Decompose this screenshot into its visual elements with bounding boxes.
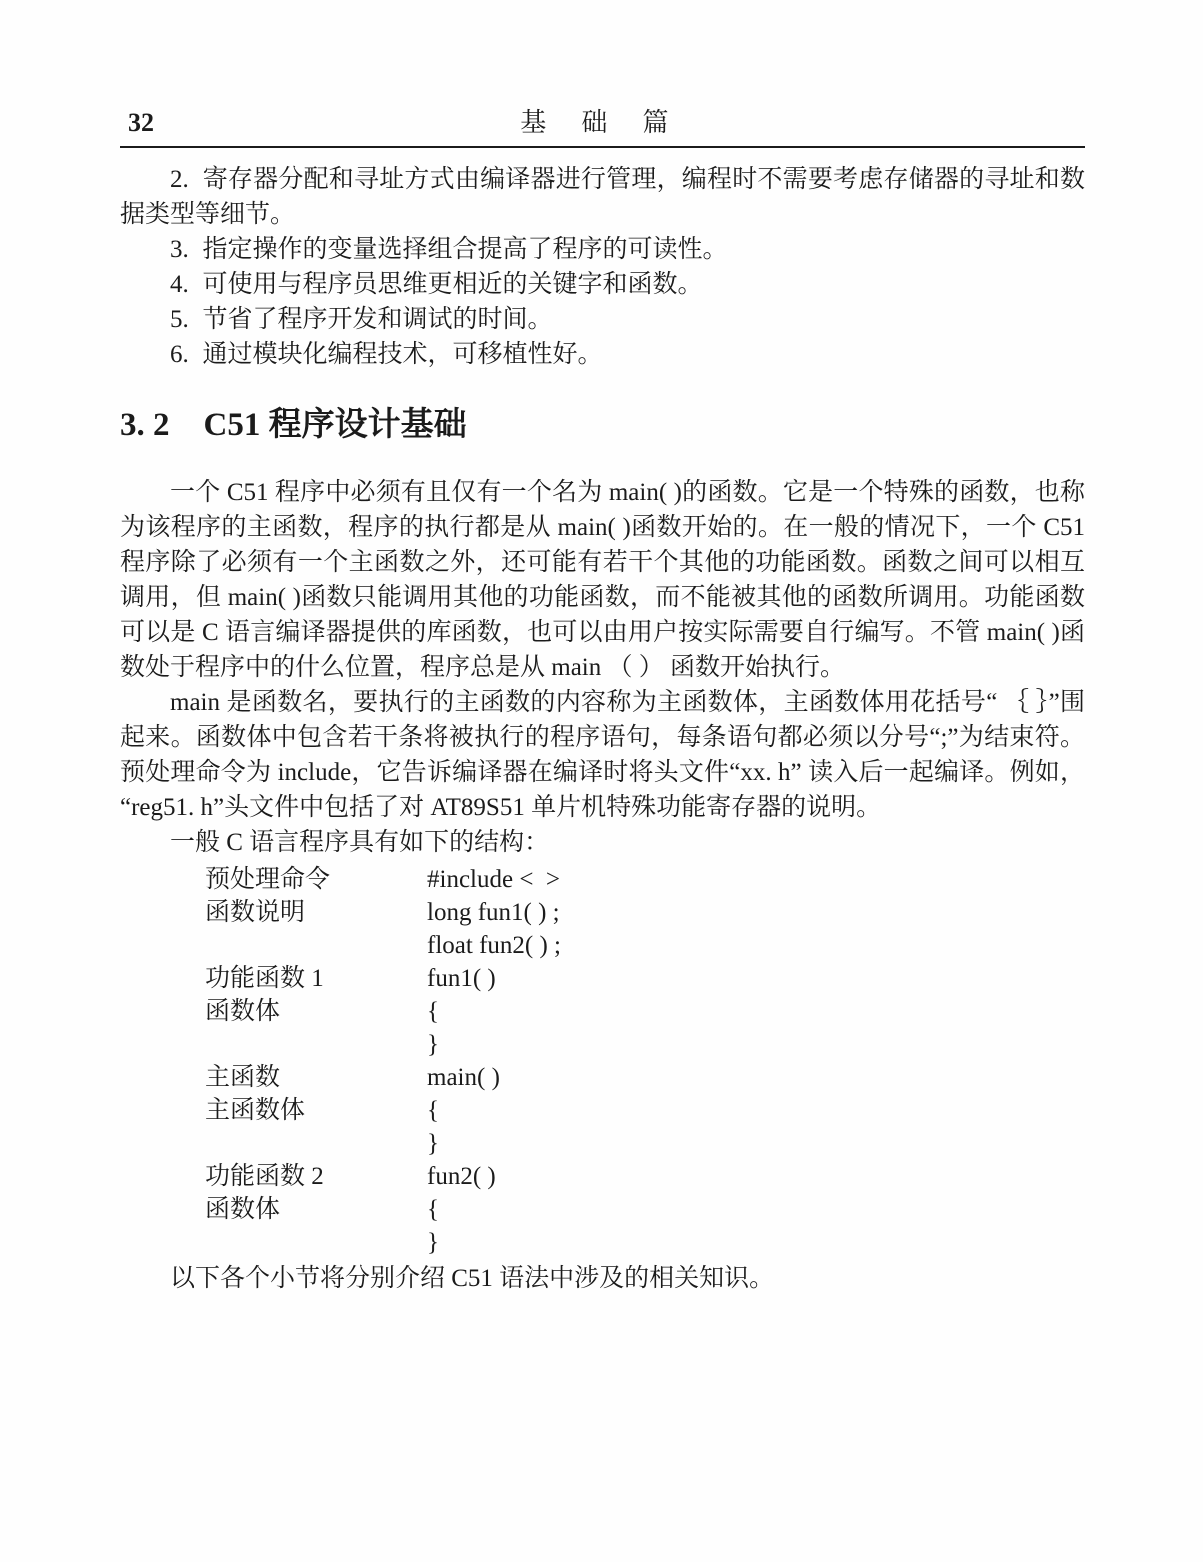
paragraph-main-body: main 是函数名，要执行的主函数的内容称为主函数体，主函数体用花括号“ ｛ ｝… <box>120 685 1085 825</box>
code-text: #include < > <box>427 863 560 896</box>
code-text: fun1( ) <box>427 962 496 995</box>
code-row: 函数体{ <box>205 1193 1085 1226</box>
code-row: 主函数main( ) <box>205 1061 1085 1094</box>
code-row: 功能函数 1fun1( ) <box>205 962 1085 995</box>
code-text: { <box>427 1094 439 1127</box>
list-item-text: 节省了程序开发和调试的时间。 <box>203 306 553 333</box>
code-row: } <box>205 1028 1085 1061</box>
code-row: 功能函数 2fun2( ) <box>205 1160 1085 1193</box>
code-text: { <box>427 1193 439 1226</box>
list-item-2: 2.寄存器分配和寻址方式由编译器进行管理，编程时不需要考虑存储器的寻址和数据类型… <box>120 162 1085 232</box>
list-item-6: 6.通过模块化编程技术，可移植性好。 <box>120 337 1085 372</box>
code-row: 函数体{ <box>205 995 1085 1028</box>
list-item-text: 可使用与程序员思维更相近的关键字和函数。 <box>203 271 703 298</box>
code-row: } <box>205 1226 1085 1259</box>
list-item-number: 6. <box>170 341 189 368</box>
code-row: 函数说明long fun1( ) ; <box>205 896 1085 929</box>
code-label: 功能函数 2 <box>205 1160 427 1193</box>
list-item-5: 5.节省了程序开发和调试的时间。 <box>120 302 1085 337</box>
code-row: 主函数体{ <box>205 1094 1085 1127</box>
list-item-number: 5. <box>170 306 189 333</box>
list-item-number: 4. <box>170 271 189 298</box>
section-heading: 3. 2C51 程序设计基础 <box>120 402 1085 448</box>
code-label: 预处理命令 <box>205 863 427 896</box>
code-label: 主函数体 <box>205 1094 427 1127</box>
code-label <box>205 1127 427 1160</box>
list-item-number: 2. <box>170 166 189 193</box>
code-text: } <box>427 1028 439 1061</box>
code-label <box>205 929 427 962</box>
list-item-text: 寄存器分配和寻址方式由编译器进行管理，编程时不需要考虑存储器的寻址和数据类型等细… <box>120 166 1085 228</box>
code-text: } <box>427 1226 439 1259</box>
code-row: } <box>205 1127 1085 1160</box>
page-header: 32 基 础 篇 <box>0 0 1203 138</box>
code-label: 函数体 <box>205 995 427 1028</box>
code-text: } <box>427 1127 439 1160</box>
list-item-text: 通过模块化编程技术，可移植性好。 <box>203 341 603 368</box>
page-content: 2.寄存器分配和寻址方式由编译器进行管理，编程时不需要考虑存储器的寻址和数据类型… <box>0 148 1203 1296</box>
code-text: fun2( ) <box>427 1160 496 1193</box>
code-text: { <box>427 995 439 1028</box>
running-title: 基 础 篇 <box>520 108 683 138</box>
page-number: 32 <box>128 108 154 137</box>
code-label <box>205 1028 427 1061</box>
book-page: 32 基 础 篇 2.寄存器分配和寻址方式由编译器进行管理，编程时不需要考虑存储… <box>0 0 1203 1562</box>
code-text: long fun1( ) ; <box>427 896 560 929</box>
closing-line: 以下各个小节将分别介绍 C51 语法中涉及的相关知识。 <box>120 1261 1085 1296</box>
list-item-number: 3. <box>170 236 189 263</box>
code-label: 函数体 <box>205 1193 427 1226</box>
code-label: 主函数 <box>205 1061 427 1094</box>
section-title: C51 程序设计基础 <box>204 407 467 443</box>
code-label <box>205 1226 427 1259</box>
code-row: float fun2( ) ; <box>205 929 1085 962</box>
list-item-text: 指定操作的变量选择组合提高了程序的可读性。 <box>203 236 728 263</box>
code-text: main( ) <box>427 1061 500 1094</box>
program-structure-block: 预处理命令#include < > 函数说明long fun1( ) ; flo… <box>205 863 1085 1259</box>
paragraph-main-intro: 一个 C51 程序中必须有且仅有一个名为 main( )的函数。它是一个特殊的函… <box>120 475 1085 685</box>
code-row: 预处理命令#include < > <box>205 863 1085 896</box>
code-label: 函数说明 <box>205 896 427 929</box>
code-label: 功能函数 1 <box>205 962 427 995</box>
structure-intro-line: 一般 C 语言程序具有如下的结构： <box>120 825 1085 860</box>
code-text: float fun2( ) ; <box>427 929 561 962</box>
list-item-3: 3.指定操作的变量选择组合提高了程序的可读性。 <box>120 232 1085 267</box>
section-number: 3. 2 <box>120 407 170 443</box>
list-item-4: 4.可使用与程序员思维更相近的关键字和函数。 <box>120 267 1085 302</box>
